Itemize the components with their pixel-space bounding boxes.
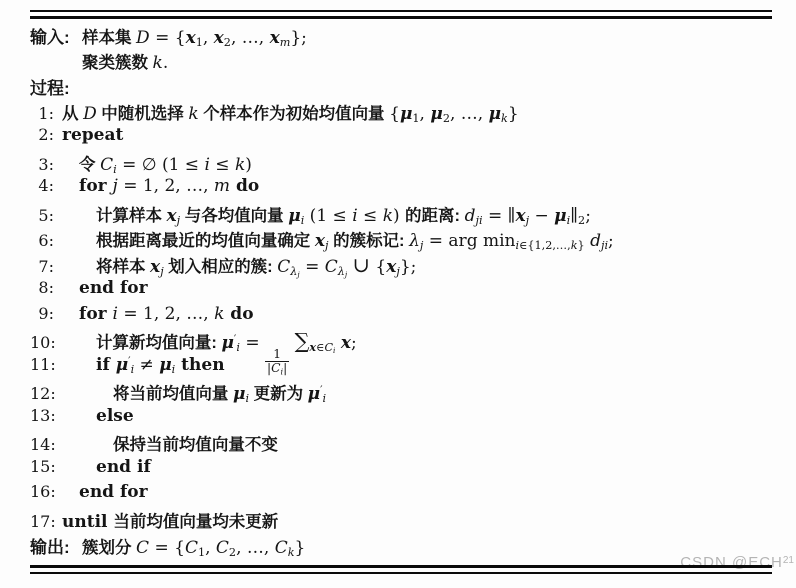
- top-rule-thin: [30, 10, 772, 12]
- text-segment: ≠: [134, 355, 159, 375]
- text-segment: 个样本作为初始均值向量: [199, 105, 390, 123]
- text-segment: , …,: [450, 104, 489, 124]
- text-segment: };: [400, 257, 417, 277]
- math-group: λj: [338, 265, 347, 278]
- line-content: 样本集 D = {x1, x2, …, xm};: [82, 24, 307, 49]
- text-segment: C: [100, 155, 113, 175]
- line-number: 11:: [30, 355, 54, 374]
- text-segment: do: [224, 304, 253, 324]
- text-segment: x: [315, 231, 325, 251]
- text-segment: = 1, 2, …,: [118, 304, 214, 324]
- text-segment: 的距离:: [405, 207, 465, 225]
- text-segment: 根据距离最近的均值向量确定: [96, 232, 315, 250]
- text-segment: 2: [229, 546, 236, 559]
- line-content: 将样本 xj 划入相应的簇: Cλj = Cλj ∪ {xj};: [96, 253, 416, 279]
- text-segment: ,: [420, 104, 431, 124]
- line-content: repeat: [62, 125, 123, 145]
- step-17: 17:until 当前均值向量均未更新: [30, 508, 780, 534]
- input-line-2: 聚类簇数 k.: [30, 49, 780, 75]
- text-segment: λ: [409, 231, 420, 251]
- text-segment: ji: [601, 239, 608, 252]
- text-segment: k: [214, 304, 224, 324]
- text-segment: then: [175, 355, 224, 375]
- input-line-1: 输入:样本集 D = {x1, x2, …, xm};: [30, 23, 780, 49]
- fraction-numerator: 1: [271, 348, 283, 362]
- text-segment: ∪: [353, 253, 370, 277]
- text-segment: k: [188, 104, 198, 124]
- text-segment: μ: [430, 104, 442, 124]
- line-number: 8:: [30, 278, 54, 297]
- text-segment: C: [216, 538, 229, 558]
- text-segment: }: [508, 104, 519, 124]
- line-content: end for: [79, 278, 148, 298]
- line-content: 将当前均值向量 μi 更新为 μ′i: [113, 380, 326, 405]
- text-segment: x: [341, 333, 351, 353]
- text-segment: μ: [221, 333, 233, 353]
- text-segment: , …,: [236, 538, 275, 558]
- algorithm-figure: 输入:样本集 D = {x1, x2, …, xm};聚类簇数 k.过程:1:从…: [0, 0, 796, 588]
- text-segment: d: [590, 231, 601, 251]
- text-segment: 从: [62, 105, 83, 123]
- line-content: 聚类簇数 k.: [82, 49, 168, 73]
- text-segment: ≤: [210, 155, 235, 175]
- text-segment: x: [386, 257, 396, 277]
- line-number: 1:: [30, 104, 54, 123]
- text-segment: λ: [338, 265, 345, 278]
- text-segment: {: [389, 104, 400, 124]
- line-content: 保持当前均值向量不变: [113, 431, 278, 455]
- step-1: 1:从 D 中随机选择 k 个样本作为初始均值向量 {μ1, μ2, …, μk…: [30, 100, 780, 126]
- text-segment: k: [288, 546, 295, 559]
- step-15: 15:end if: [30, 457, 780, 483]
- step-9: 9:for i = 1, 2, …, k do: [30, 304, 780, 330]
- line-content: 簇划分 C = {C1, C2, …, Ck}: [82, 534, 305, 559]
- text-segment: 计算新均值向量:: [96, 334, 221, 352]
- text-segment: C: [136, 538, 149, 558]
- fraction: 1|Ci|: [265, 348, 289, 377]
- watermark-superscript: 21: [783, 555, 794, 566]
- text-segment: ∥: [570, 206, 578, 226]
- text-segment: 将样本: [96, 258, 150, 276]
- text-segment: C: [277, 257, 290, 277]
- text-segment: end for: [79, 482, 148, 502]
- text-segment: x: [167, 206, 177, 226]
- line-number: 16:: [30, 482, 54, 501]
- line-content: until 当前均值向量均未更新: [62, 508, 278, 532]
- text-segment: (1 ≤: [304, 206, 352, 226]
- line-content: 令 Ci = ∅ (1 ≤ i ≤ k): [79, 151, 252, 176]
- text-segment: μ: [233, 384, 245, 404]
- text-segment: };: [290, 28, 307, 48]
- text-segment: = ∅ (1 ≤: [117, 155, 205, 175]
- step-3: 3:令 Ci = ∅ (1 ≤ i ≤ k): [30, 151, 780, 177]
- text-segment: = ∥: [483, 206, 516, 226]
- step-13: 13:else: [30, 406, 780, 432]
- text-segment: {: [370, 257, 386, 277]
- step-5: 5:计算样本 xj 与各均值向量 μi (1 ≤ i ≤ k) 的距离: dji…: [30, 202, 780, 228]
- text-segment: 与各均值向量: [180, 207, 288, 225]
- text-segment: , …,: [231, 28, 270, 48]
- step-8: 8:end for: [30, 278, 780, 304]
- text-segment: 中随机选择: [97, 105, 189, 123]
- text-segment: .: [163, 53, 168, 73]
- line-content: 从 D 中随机选择 k 个样本作为初始均值向量 {μ1, μ2, …, μk}: [62, 100, 519, 125]
- text-segment: end if: [96, 457, 151, 477]
- line-number: 14:: [30, 435, 54, 454]
- text-segment: 计算样本: [96, 207, 167, 225]
- text-segment: 1: [196, 36, 203, 49]
- text-segment: ∈{1,2,…,: [519, 239, 571, 252]
- line-number: 5:: [30, 206, 54, 225]
- text-segment: 当前均值向量均未更新: [113, 513, 278, 531]
- line-number: 6:: [30, 231, 54, 250]
- top-rule-thick: [30, 16, 772, 19]
- text-segment: C: [324, 341, 333, 354]
- step-4: 4:for j = 1, 2, …, m do: [30, 176, 780, 202]
- text-segment: = 1, 2, …,: [118, 176, 214, 196]
- text-segment: 1: [273, 347, 281, 361]
- text-segment: 将当前均值向量: [113, 385, 233, 403]
- text-segment: end for: [79, 278, 148, 298]
- text-segment: ji: [475, 214, 482, 227]
- output-line: 输出:簇划分 C = {C1, C2, …, Ck}: [30, 533, 780, 559]
- step-2: 2:repeat: [30, 125, 780, 151]
- text-segment: i: [323, 392, 327, 405]
- text-segment: D: [83, 104, 97, 124]
- text-segment: μ: [116, 355, 128, 375]
- line-number: 9:: [30, 304, 54, 323]
- line-number: 10:: [30, 333, 54, 352]
- text-segment: =: [240, 333, 265, 353]
- math-group: i∈{1,2,…,k}: [515, 239, 584, 252]
- line-content: end if: [96, 457, 151, 477]
- text-segment: for: [79, 304, 113, 324]
- text-segment: 2: [443, 112, 450, 125]
- text-segment: ,: [205, 538, 216, 558]
- text-segment: 令: [79, 156, 100, 174]
- text-segment: ): [393, 206, 405, 226]
- text-segment: = {: [150, 28, 186, 48]
- text-segment: x: [515, 206, 525, 226]
- text-segment: ): [245, 155, 252, 175]
- text-segment: }: [578, 239, 585, 252]
- text-segment: x: [214, 28, 224, 48]
- line-content: if μ′i ≠ μi then: [96, 355, 225, 376]
- text-segment: x: [150, 257, 160, 277]
- math-group: λj: [290, 265, 299, 278]
- line-content: 计算样本 xj 与各均值向量 μi (1 ≤ i ≤ k) 的距离: dji =…: [96, 202, 591, 227]
- text-segment: C: [325, 257, 338, 277]
- line-number: 15:: [30, 457, 54, 476]
- text-segment: else: [96, 406, 134, 426]
- text-segment: ;: [585, 206, 591, 226]
- text-segment: d: [465, 206, 476, 226]
- text-segment: if: [96, 355, 116, 375]
- line-number: 17:: [30, 512, 54, 531]
- text-segment: ∑: [295, 329, 310, 353]
- text-segment: 的簇标记:: [329, 232, 410, 250]
- text-segment: k: [153, 53, 163, 73]
- text-segment: 聚类簇数: [82, 54, 153, 72]
- line-number: 7:: [30, 257, 54, 276]
- text-segment: = {: [149, 538, 185, 558]
- text-segment: D: [136, 28, 150, 48]
- text-segment: k: [501, 112, 508, 125]
- line-content: for i = 1, 2, …, k do: [79, 304, 254, 324]
- text-segment: 1: [412, 112, 419, 125]
- step-12: 12:将当前均值向量 μi 更新为 μ′i: [30, 380, 780, 406]
- text-segment: μ: [489, 104, 501, 124]
- text-segment: μ: [400, 104, 412, 124]
- block-label: 输出:: [30, 533, 82, 558]
- text-segment: do: [230, 176, 259, 196]
- text-segment: until: [62, 512, 113, 532]
- line-number: 13:: [30, 406, 54, 425]
- text-segment: μ: [308, 384, 320, 404]
- text-segment: ;: [608, 231, 614, 251]
- fraction-denominator: |Ci|: [265, 361, 289, 376]
- text-segment: }: [295, 538, 306, 558]
- text-segment: ≤: [358, 206, 383, 226]
- process-label-line: 过程:: [30, 74, 780, 100]
- text-segment: 样本集: [82, 29, 136, 47]
- text-segment: C: [185, 538, 198, 558]
- line-number: 2:: [30, 125, 54, 144]
- step-6: 6:根据距离最近的均值向量确定 xj 的簇标记: λj = arg mini∈{…: [30, 227, 780, 253]
- text-segment: μ: [288, 206, 300, 226]
- text-segment: repeat: [62, 125, 123, 145]
- text-segment: x: [186, 28, 196, 48]
- line-content: end for: [79, 482, 148, 502]
- line-content: else: [96, 406, 134, 426]
- line-content: 根据距离最近的均值向量确定 xj 的簇标记: λj = arg mini∈{1,…: [96, 227, 614, 252]
- text-segment: k: [235, 155, 245, 175]
- step-14: 14:保持当前均值向量不变: [30, 431, 780, 457]
- math-group: x∈Ci: [309, 341, 335, 354]
- block-label: 过程:: [30, 74, 82, 99]
- line-number: 3:: [30, 155, 54, 174]
- text-segment: k: [571, 239, 578, 252]
- text-segment: μ: [554, 206, 566, 226]
- line-content: for j = 1, 2, …, m do: [79, 176, 259, 196]
- text-segment: μ: [159, 355, 171, 375]
- text-segment: m: [214, 176, 230, 196]
- step-7: 7:将样本 xj 划入相应的簇: Cλj = Cλj ∪ {xj};: [30, 253, 780, 279]
- text-segment: x: [270, 28, 280, 48]
- bottom-rule-thin: [30, 572, 772, 574]
- step-10: 10:计算新均值向量: μ′i = 1|Ci| ∑x∈Ci x;: [30, 329, 780, 355]
- text-segment: = arg min: [423, 231, 515, 251]
- text-segment: 划入相应的簇:: [164, 258, 278, 276]
- bottom-rule-thick: [30, 565, 772, 568]
- text-segment: ;: [351, 333, 357, 353]
- block-label: 输入:: [30, 23, 82, 48]
- text-segment: k: [383, 206, 393, 226]
- step-16: 16:end for: [30, 482, 780, 508]
- text-segment: 2: [224, 36, 231, 49]
- text-segment: m: [280, 36, 291, 49]
- text-segment: C: [275, 538, 288, 558]
- text-segment: −: [529, 206, 554, 226]
- algorithm-pseudocode: 输入:样本集 D = {x1, x2, …, xm};聚类簇数 k.过程:1:从…: [30, 23, 780, 559]
- text-segment: 保持当前均值向量不变: [113, 436, 278, 454]
- text-segment: ,: [203, 28, 214, 48]
- text-segment: 簇划分: [82, 539, 136, 557]
- text-segment: for: [79, 176, 113, 196]
- text-segment: =: [300, 257, 325, 277]
- text-segment: |: [283, 361, 287, 375]
- text-segment: 更新为: [249, 385, 308, 403]
- line-number: 12:: [30, 384, 54, 403]
- line-number: 4:: [30, 176, 54, 195]
